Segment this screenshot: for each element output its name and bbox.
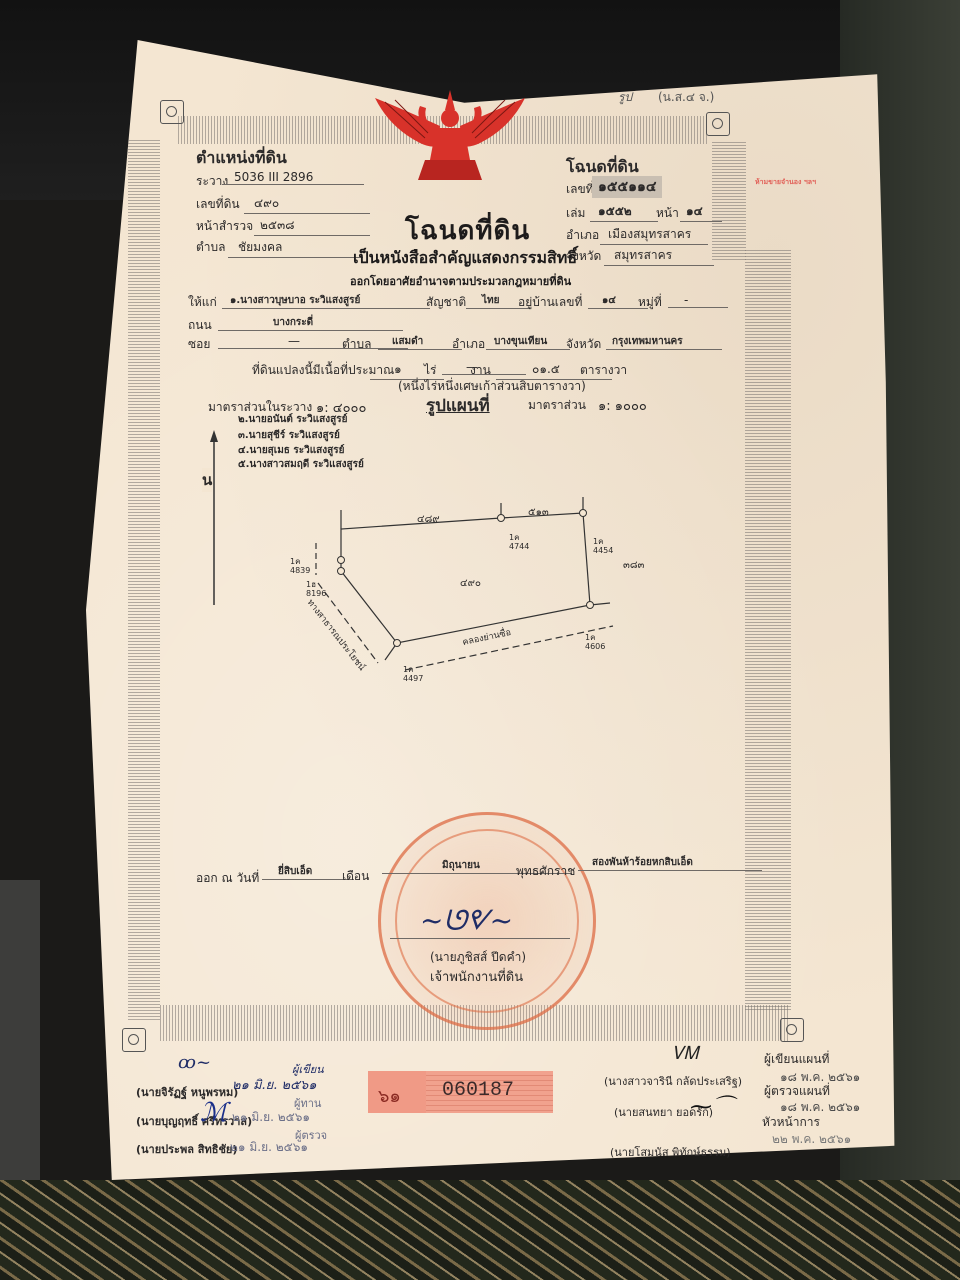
right-signatory-3-date: ๒๒ พ.ค. ๒๕๖๑ xyxy=(772,1130,851,1149)
corner-ornament-icon xyxy=(160,100,184,124)
neighbor-parcel-513: ๕๑๓ xyxy=(528,505,549,520)
marker-4839: 1ค4839 xyxy=(290,557,310,575)
marker-4606: 1ค4606 xyxy=(585,633,605,651)
co-owner-4: ๔.นายสุเมธ ระวิแสงสูรย์ xyxy=(238,443,345,458)
north-label: น xyxy=(202,468,212,492)
scale-label: มาตราส่วน xyxy=(528,396,586,415)
deed-number-label: เลขที่ xyxy=(566,180,594,199)
moo-label: หมู่ที่ xyxy=(638,293,662,312)
left-signatory-1-role: ผู้เขียน xyxy=(292,1060,324,1078)
sub-district-value: แสมดำ xyxy=(378,334,462,350)
volume-label: เล่ม xyxy=(566,204,585,223)
issued-year: สองพันห้าร้อยหกสิบเอ็ด xyxy=(578,855,762,871)
neighbor-parcel-383: ๓๘๓ xyxy=(623,558,644,573)
corner-ornament-icon xyxy=(706,112,730,136)
amphoe-label: อำเภอ xyxy=(566,226,599,245)
marker-4744: 1ค4744 xyxy=(509,533,529,551)
marker-8196: 1ฮ8196 xyxy=(306,580,326,598)
handwritten-note: รูป xyxy=(618,88,632,107)
corner-ornament-icon xyxy=(122,1028,146,1052)
land-no-value: ๔๙๐ xyxy=(244,194,370,214)
left-signatory-3-name: (นายประพล สิทธิชัย) xyxy=(136,1140,237,1158)
province-value: สมุทรสาคร xyxy=(604,246,714,266)
nationality-label: สัญชาติ xyxy=(426,293,466,312)
owner-province-value: กรุงเทพมหานคร xyxy=(606,334,722,350)
issued-label: ออก ณ วันที่ xyxy=(196,869,259,888)
signature-scribble: ᏙᎷ xyxy=(672,1043,698,1064)
year-label: พุทธศักราช xyxy=(516,862,575,881)
owner-province-label: จังหวัด xyxy=(566,335,601,354)
amphoe-value: เมืองสมุทรสาคร xyxy=(600,225,708,245)
district-value: บางขุนเทียน xyxy=(486,334,570,350)
owner-name: ๑.นางสาวบุษบาอ ระวิแสงสูรย์ xyxy=(222,293,430,309)
scale-value: ๑: ๑๐๐๐ xyxy=(598,395,647,416)
camouflage-fabric xyxy=(0,1180,960,1280)
officer-title: เจ้าพนักงานที่ดิน xyxy=(430,966,523,987)
co-owner-3: ๓.นายสุชีร์ ระวิแสงสูรย์ xyxy=(238,428,340,443)
right-signatory-3-name: (นายโสมนัส พิทักษ์ธรรม) xyxy=(610,1143,731,1161)
security-band-right-lower xyxy=(745,250,791,1010)
serial-number: 060187 xyxy=(442,1079,514,1102)
land-location-heading: ตำแหน่งที่ดิน xyxy=(196,146,287,171)
signature-scribble: ℳ xyxy=(200,1098,228,1128)
house-no-label: อยู่บ้านเลขที่ xyxy=(518,293,582,312)
district-label: อำเภอ xyxy=(452,335,485,354)
signature-scribble: ꝏ~ xyxy=(178,1052,211,1073)
form-code: (น.ส.๔ จ.) xyxy=(658,88,714,107)
security-band-right xyxy=(712,140,746,260)
red-restriction-stamp: ห้ามขายจำนอง ฯลฯ xyxy=(755,178,825,218)
deed-number-value: ๑๕๕๑๑๔ xyxy=(592,176,662,198)
officer-signature-line xyxy=(390,938,570,939)
grant-label: ให้แก่ xyxy=(188,293,217,312)
garuda-emblem-icon xyxy=(370,88,530,188)
survey-page-value: ๒๕๓๘ xyxy=(254,216,370,236)
co-owner-5: ๕.นางสาวสมฤดี ระวิแสงสูรย์ xyxy=(238,457,364,472)
marker-4497: 1ค4497 xyxy=(403,665,423,683)
document-title: โฉนดที่ดิน xyxy=(405,210,530,251)
area-wa-label: ตารางวา xyxy=(580,361,627,380)
right-signatory-1-name: (นางสาวจารินี กลัดประเสริฐ) xyxy=(604,1072,742,1090)
road-label: ถนน xyxy=(188,316,212,335)
soi-label: ซอย xyxy=(188,335,210,354)
rawang-value: 5036 III 2896 xyxy=(222,170,364,185)
land-no-label: เลขที่ดิน xyxy=(196,195,240,214)
serial-number-strip: ๖๑ 060187 xyxy=(368,1071,553,1113)
right-signatory-1-role: ผู้เขียนแผนที่ xyxy=(764,1050,829,1069)
volume-value: ๑๕๕๒ xyxy=(590,202,658,222)
signature-scribble: ⁓⌒ xyxy=(690,1090,734,1121)
left-signatory-3-role: ผู้ตรวจ xyxy=(295,1126,327,1144)
serial-prefix: ๖๑ xyxy=(378,1081,401,1110)
province-label: จังหวัด xyxy=(566,247,601,266)
page-value: ๑๔ xyxy=(680,202,722,222)
month-label: เดือน xyxy=(342,867,369,886)
tambon-value: ชัยมงคล xyxy=(228,238,363,258)
left-signatory-2-role: ผู้ทาน xyxy=(294,1094,321,1112)
survey-page-label: หน้าสำรวจ xyxy=(196,217,253,236)
page-label: หน้า xyxy=(656,204,679,223)
neighbor-parcel-489: ๔๘๙ xyxy=(417,512,440,527)
sub-district-label: ตำบล xyxy=(342,335,372,354)
officer-name: (นายภูชิสส์ ปีดคำ) xyxy=(430,948,526,967)
corner-ornament-icon xyxy=(780,1018,804,1042)
moo-value: - xyxy=(668,293,728,308)
issued-day: ยี่สิบเอ็ด xyxy=(262,864,354,880)
parcel-number: ๔๙๐ xyxy=(460,576,481,591)
issued-by-text: ออกโดยอาศัยอำนาจตามประมวลกฎหมายที่ดิน xyxy=(350,272,571,290)
tambon-label: ตำบล xyxy=(196,238,226,257)
officer-signature: ~ᘎᕓ~ xyxy=(420,904,513,938)
north-arrow-icon xyxy=(204,430,224,610)
security-band-left xyxy=(128,140,160,1020)
road-value: บางกระดี่ xyxy=(218,315,403,331)
map-heading: รูปแผนที่ xyxy=(426,392,490,419)
document-subtitle: เป็นหนังสือสำคัญแสดงกรรมสิทธิ์ xyxy=(353,246,577,271)
co-owner-2: ๒.นายอนันต์ ระวิแสงสูรย์ xyxy=(238,412,347,427)
marker-4454: 1ค4454 xyxy=(593,537,613,555)
